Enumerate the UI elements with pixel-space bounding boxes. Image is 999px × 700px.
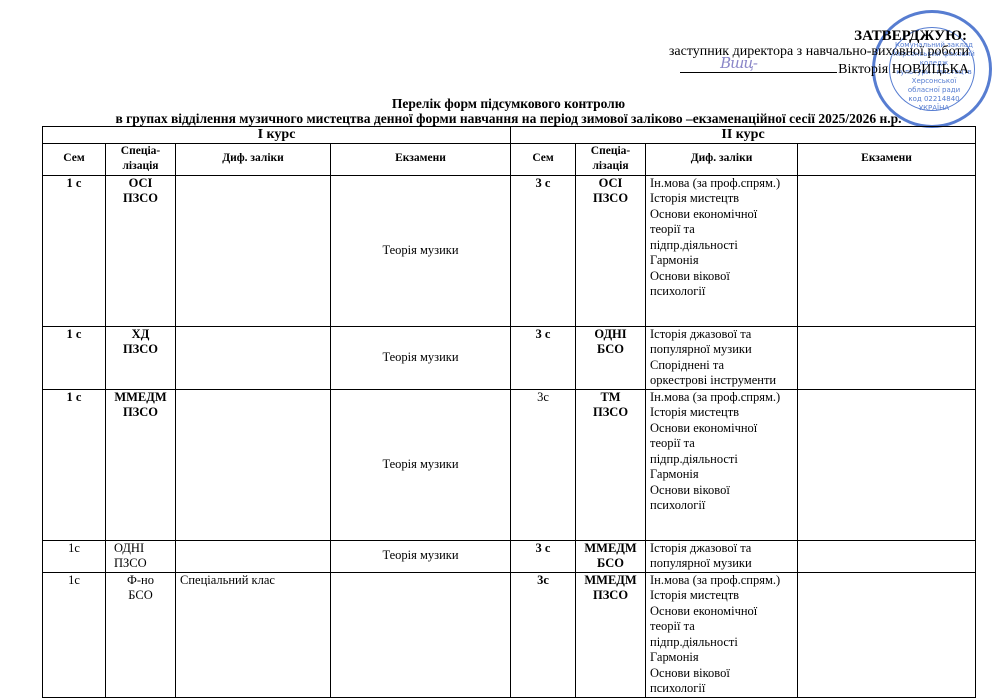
spec-cell-line: ОДНІ — [114, 541, 171, 557]
spec-cell: ОСІПЗСО — [576, 175, 646, 326]
dif-cell — [176, 540, 331, 572]
dif-cell-line: оркестрові інструменти — [650, 373, 793, 389]
dif-cell-line: Гармонія — [650, 650, 793, 666]
dif-cell-line: Основи вікової — [650, 666, 793, 682]
spec-cell-line: ММЕДМ — [580, 541, 641, 557]
signature-scribble: Вшц- — [720, 55, 757, 71]
spec-cell: ТМПЗСО — [576, 389, 646, 540]
dif-cell-line: підпр.діяльності — [650, 238, 793, 254]
approval-position: заступник директора з навчально-виховної… — [669, 44, 969, 60]
approval-block: ЗАТВЕРДЖУЮ: заступник директора з навчал… — [669, 28, 969, 78]
stamp-line: обласної ради — [893, 86, 975, 95]
exams-cell — [798, 175, 976, 326]
title-line-2: в групах відділення музичного мистецтва … — [0, 111, 999, 126]
spec-cell: ММЕДМПЗСО — [576, 572, 646, 697]
table-row: 1 сОСІПЗСОТеорія музики3 сОСІПЗСОІн.мова… — [43, 175, 976, 326]
spec-cell-line: ТМ — [580, 390, 641, 406]
exams-cell — [798, 540, 976, 572]
dif-cell-line: психології — [650, 284, 793, 300]
dif-cell-line: Основи економічної — [650, 421, 793, 437]
stamp-line: Херсонської — [893, 77, 975, 86]
table-row: 1 сХДПЗСОТеорія музики3 сОДНІБСОІсторія … — [43, 326, 976, 389]
dif-cell-line: Ін.мова (за проф.спрям.) — [650, 390, 793, 406]
dif-cell-line: Історія мистецтв — [650, 588, 793, 604]
spec-cell-line: ММЕДМ — [110, 390, 171, 406]
dif-cell — [176, 326, 331, 389]
col-dif-1: Диф. заліки — [176, 143, 331, 175]
exams-cell-line: Теорія музики — [335, 350, 506, 366]
signature-line: Вшц- Вікторія НОВИЦЬКА — [680, 60, 969, 78]
sem-cell: 3с — [511, 389, 576, 540]
exams-cell — [798, 572, 976, 697]
course-1-header: І курс — [43, 127, 511, 144]
exams-cell — [331, 572, 511, 697]
spec-cell-line: БСО — [580, 342, 641, 358]
dif-cell-line: Історія мистецтв — [650, 405, 793, 421]
col-exams-1: Екзамени — [331, 143, 511, 175]
sem-cell: 3 с — [511, 175, 576, 326]
dif-cell-line: Основи вікової — [650, 483, 793, 499]
dif-cell-line: Ін.мова (за проф.спрям.) — [650, 573, 793, 589]
dif-cell-line: Основи вікової — [650, 269, 793, 285]
col-dif-2: Диф. заліки — [646, 143, 798, 175]
dif-cell-line: теорії та — [650, 436, 793, 452]
dif-cell: Історія джазової тапопулярної музики — [646, 540, 798, 572]
dif-cell-line: теорії та — [650, 222, 793, 238]
exam-forms-table: І курс ІІ курс Сем Спеціа-лізація Диф. з… — [42, 126, 976, 698]
dif-cell — [176, 175, 331, 326]
sem-cell: 3 с — [511, 326, 576, 389]
dif-cell: Ін.мова (за проф.спрям.)Історія мистецтв… — [646, 572, 798, 697]
spec-cell-line: БСО — [580, 556, 641, 572]
col-spec-1: Спеціа-лізація — [106, 143, 176, 175]
exams-cell-line: Теорія музики — [335, 243, 506, 259]
dif-cell: Спеціальний клас — [176, 572, 331, 697]
col-sem-1: Сем — [43, 143, 106, 175]
dif-cell-line: психології — [650, 498, 793, 514]
spec-cell-line: ОСІ — [110, 176, 171, 192]
dif-cell-line: Ін.мова (за проф.спрям.) — [650, 176, 793, 192]
dif-cell-line: підпр.діяльності — [650, 452, 793, 468]
title-line-1: Перелік форм підсумкового контролю — [0, 96, 999, 111]
col-exams-2: Екзамени — [798, 143, 976, 175]
spec-cell-line: ПЗСО — [580, 405, 641, 421]
spec-cell: ХДПЗСО — [106, 326, 176, 389]
spec-cell: ОСІПЗСО — [106, 175, 176, 326]
dif-cell-line: теорії та — [650, 619, 793, 635]
dif-cell: Історія джазової тапопулярної музикиСпор… — [646, 326, 798, 389]
course-2-header: ІІ курс — [511, 127, 976, 144]
spec-cell-line: Ф-но — [110, 573, 171, 589]
dif-cell-line: популярної музики — [650, 342, 793, 358]
dif-cell-line: Основи економічної — [650, 604, 793, 620]
spec-cell-line: ПЗСО — [114, 556, 171, 572]
spec-line-1: Спеціа- — [121, 145, 160, 157]
sem-cell: 1с — [43, 572, 106, 697]
dif-cell-line: Гармонія — [650, 253, 793, 269]
exams-cell: Теорія музики — [331, 389, 511, 540]
dif-cell-line: Історія мистецтв — [650, 191, 793, 207]
spec-cell: ММЕДМБСО — [576, 540, 646, 572]
spec-cell: ОДНІБСО — [576, 326, 646, 389]
table-row: 1 сММЕДМПЗСОТеорія музики3сТМПЗСОІн.мова… — [43, 389, 976, 540]
dif-cell-line: Спеціальний клас — [180, 573, 326, 589]
exams-cell-line: Теорія музики — [335, 548, 506, 564]
spec-line-1: Спеціа- — [591, 145, 630, 157]
signature-underline: Вшц- — [680, 60, 837, 73]
exams-cell: Теорія музики — [331, 540, 511, 572]
spec-cell: ОДНІПЗСО — [106, 540, 176, 572]
sem-cell: 3 с — [511, 540, 576, 572]
sem-cell: 1 с — [43, 326, 106, 389]
spec-cell-line: ОСІ — [580, 176, 641, 192]
exams-cell: Теорія музики — [331, 326, 511, 389]
spec-cell-line: ХД — [110, 327, 171, 343]
spec-line-2: лізація — [122, 160, 158, 172]
spec-cell: ММЕДМПЗСО — [106, 389, 176, 540]
spec-cell-line: ПЗСО — [110, 342, 171, 358]
dif-cell-line: Основи економічної — [650, 207, 793, 223]
exams-cell: Теорія музики — [331, 175, 511, 326]
spec-cell-line: БСО — [110, 588, 171, 604]
dif-cell-line: Гармонія — [650, 467, 793, 483]
sem-cell: 1 с — [43, 389, 106, 540]
spec-cell-line: ММЕДМ — [580, 573, 641, 589]
spec-cell-line: ПЗСО — [110, 191, 171, 207]
col-sem-2: Сем — [511, 143, 576, 175]
approval-title: ЗАТВЕРДЖУЮ: — [669, 28, 967, 44]
sem-cell: 1 с — [43, 175, 106, 326]
spec-cell-line: ОДНІ — [580, 327, 641, 343]
approver-name: Вікторія НОВИЦЬКА — [838, 62, 969, 77]
table-row: 1сОДНІПЗСОТеорія музики3 сММЕДМБСОІсторі… — [43, 540, 976, 572]
dif-cell-line: Історія джазової та — [650, 327, 793, 343]
dif-cell: Ін.мова (за проф.спрям.)Історія мистецтв… — [646, 175, 798, 326]
dif-cell-line: популярної музики — [650, 556, 793, 572]
spec-cell-line: ПЗСО — [580, 588, 641, 604]
sem-cell: 3с — [511, 572, 576, 697]
spec-cell: Ф-ноБСО — [106, 572, 176, 697]
sem-cell: 1с — [43, 540, 106, 572]
dif-cell: Ін.мова (за проф.спрям.)Історія мистецтв… — [646, 389, 798, 540]
table-body: 1 сОСІПЗСОТеорія музики3 сОСІПЗСОІн.мова… — [43, 175, 976, 697]
exams-cell — [798, 389, 976, 540]
dif-cell-line: Споріднені та — [650, 358, 793, 374]
dif-cell-line: підпр.діяльності — [650, 635, 793, 651]
spec-line-2: лізація — [592, 160, 628, 172]
spec-cell-line: ПЗСО — [580, 191, 641, 207]
exams-cell — [798, 326, 976, 389]
table-row: 1сФ-ноБСОСпеціальний клас3сММЕДМПЗСОІн.м… — [43, 572, 976, 697]
dif-cell-line: психології — [650, 681, 793, 697]
dif-cell-line: Історія джазової та — [650, 541, 793, 557]
exams-cell-line: Теорія музики — [335, 457, 506, 473]
spec-cell-line: ПЗСО — [110, 405, 171, 421]
document-title: Перелік форм підсумкового контролю в гру… — [0, 96, 999, 126]
dif-cell — [176, 389, 331, 540]
col-spec-2: Спеціа-лізація — [576, 143, 646, 175]
